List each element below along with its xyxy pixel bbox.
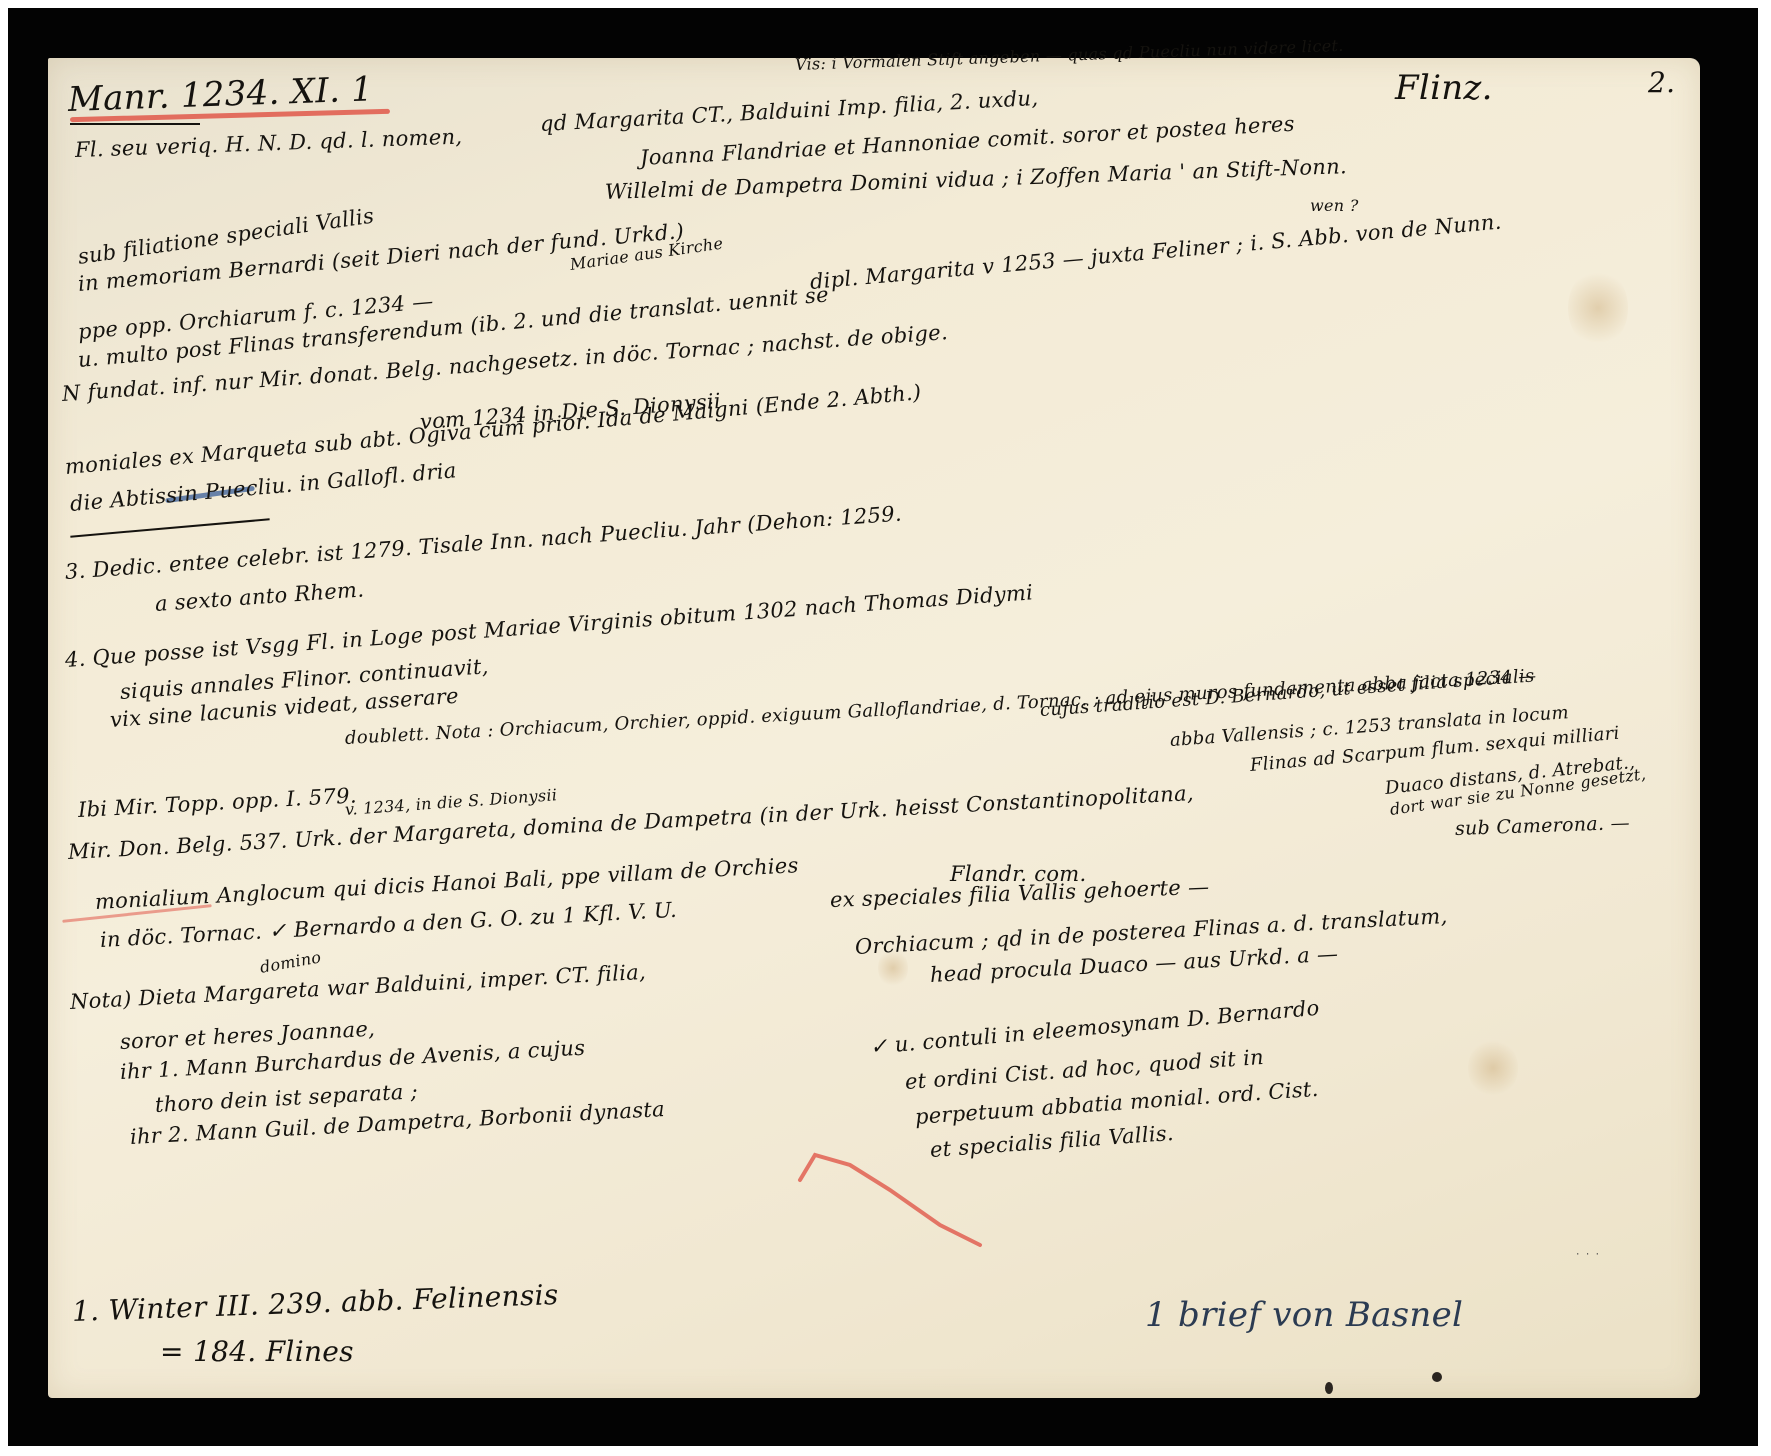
punch-hole — [1325, 1382, 1333, 1394]
document-keyword: Flinz. — [1395, 68, 1493, 108]
paper-stain — [1568, 268, 1628, 348]
red-pencil-mark — [790, 1140, 990, 1250]
punch-hole — [1432, 1372, 1442, 1382]
small-stamp: · · · — [1575, 1250, 1600, 1260]
text-line: = 184. Flines — [160, 1335, 354, 1368]
ink-underline — [70, 123, 200, 125]
page-number: 2. — [1648, 66, 1675, 99]
signature-note: 1 brief von Basnel — [1145, 1295, 1463, 1335]
text-line: wen ? — [1310, 196, 1359, 215]
paper-stain — [1468, 1038, 1518, 1098]
